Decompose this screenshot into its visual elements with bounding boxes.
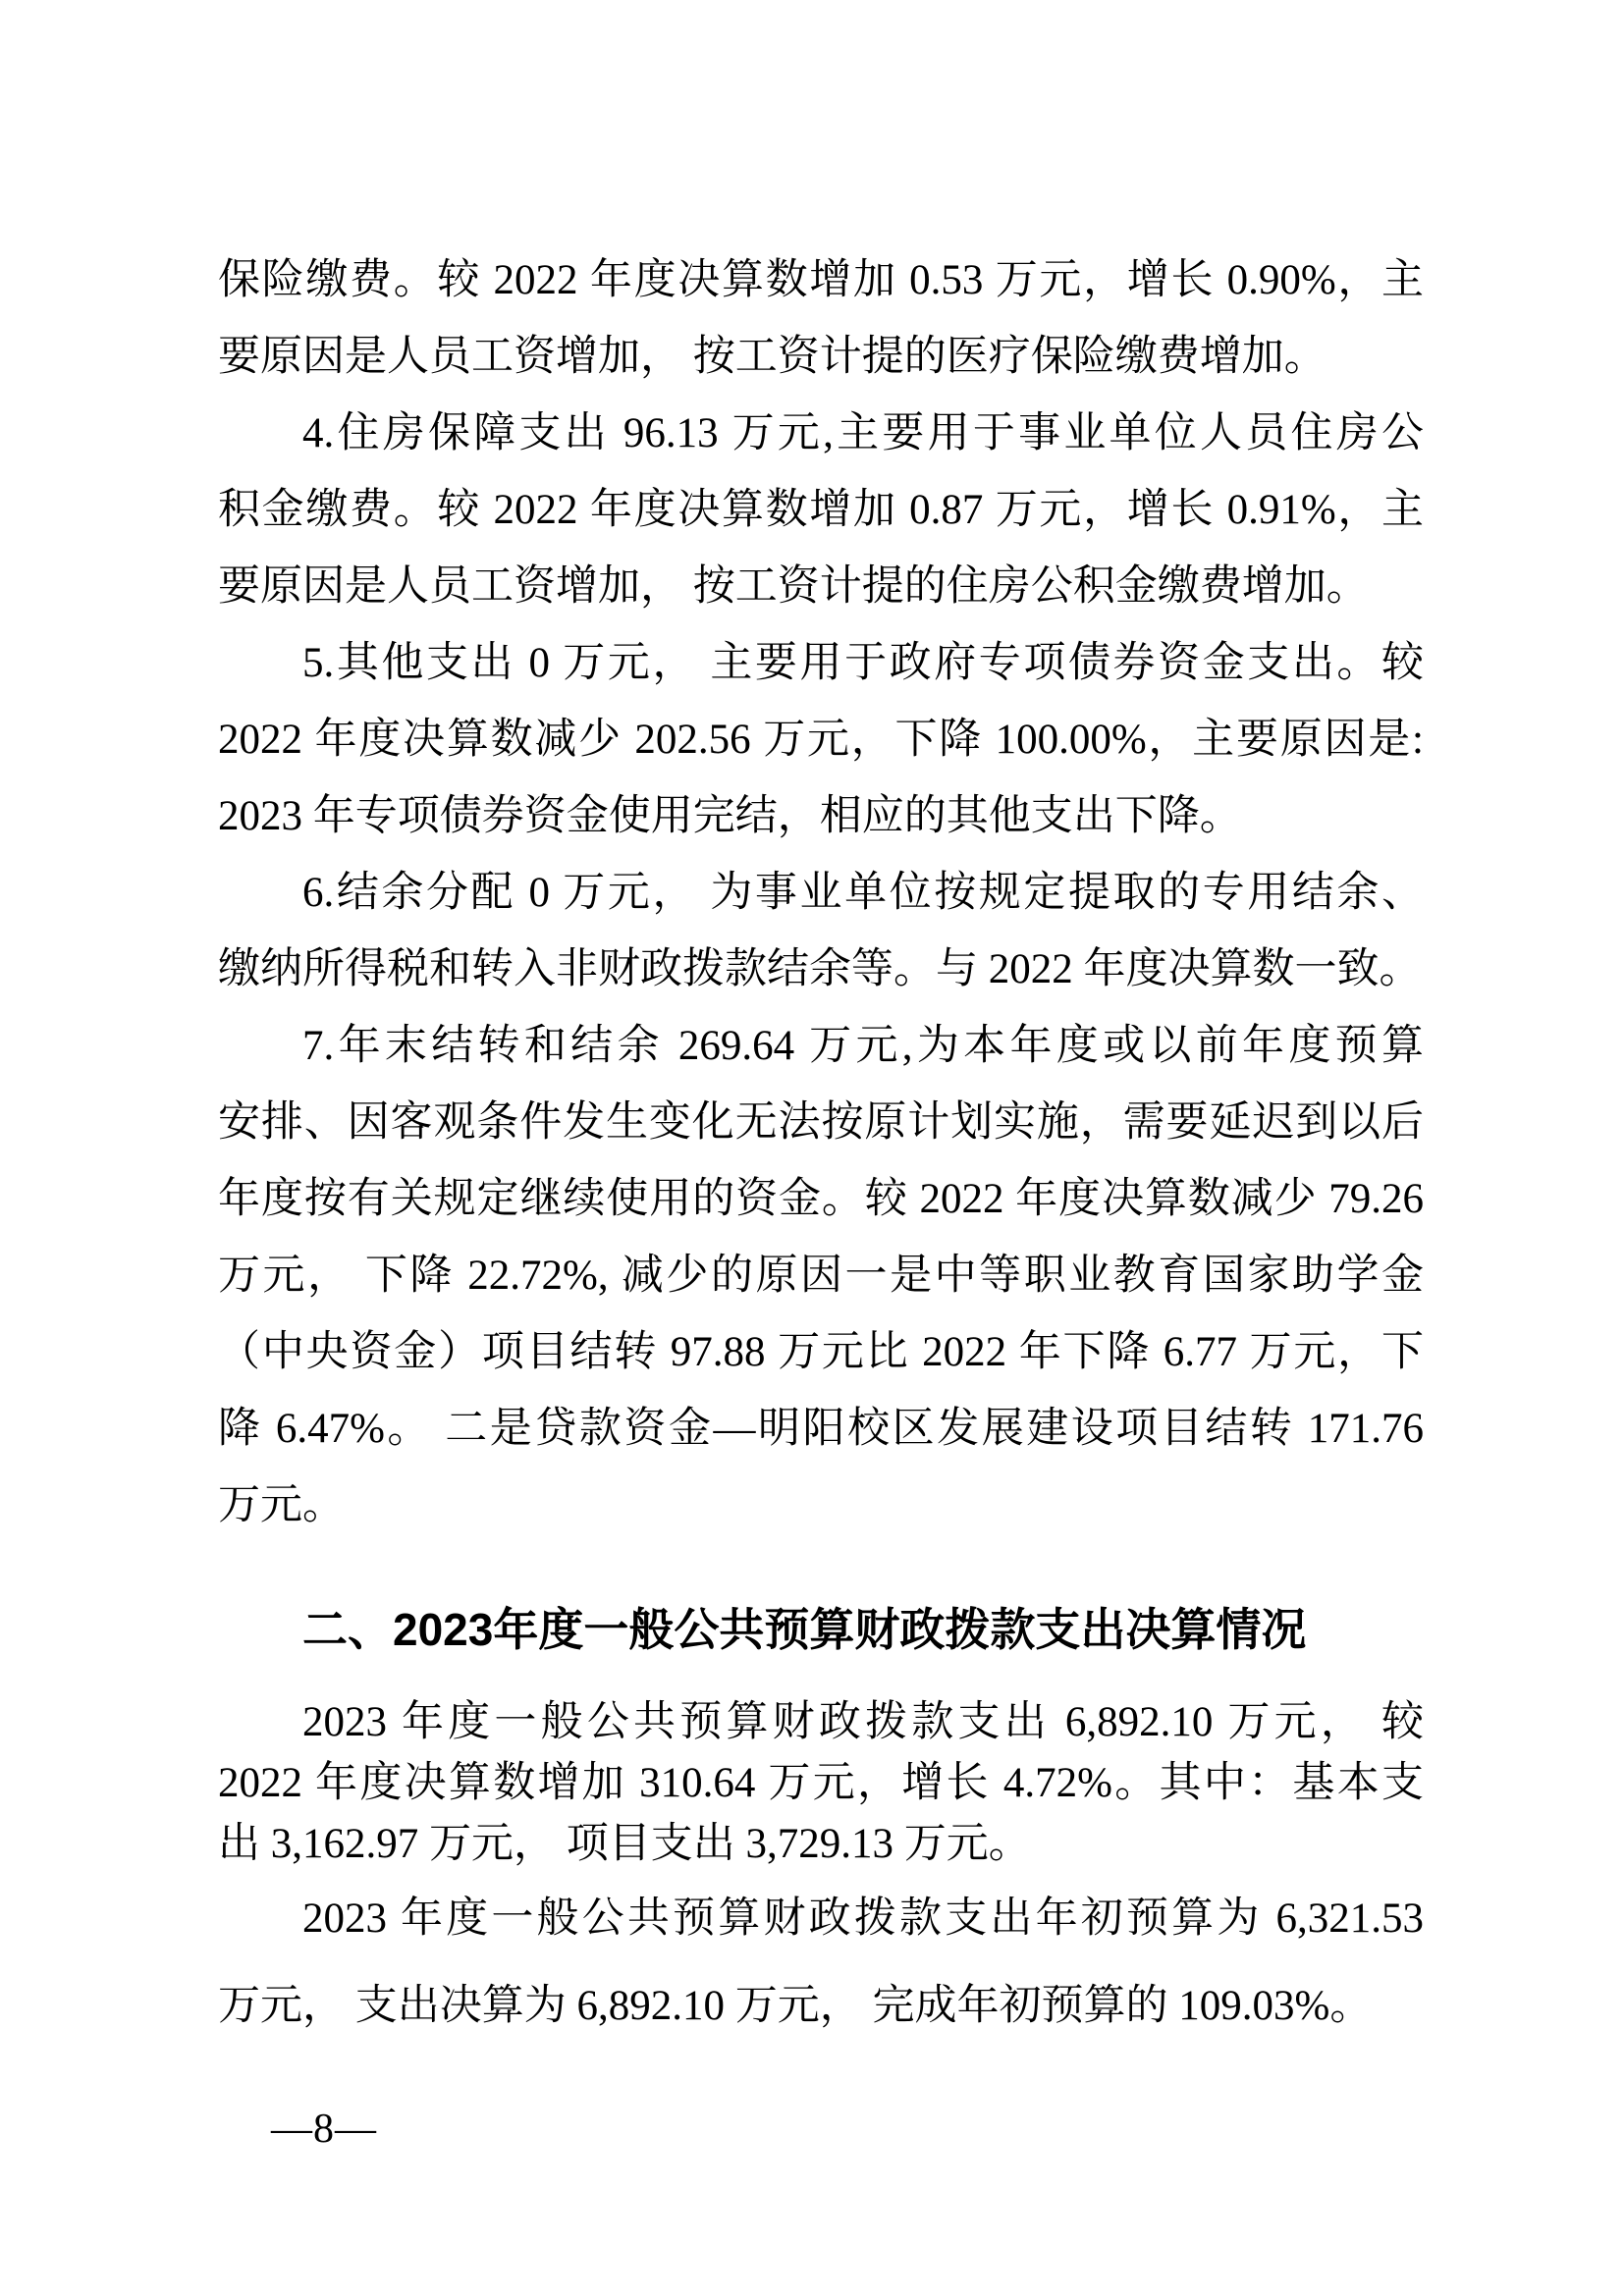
- document-page: 保险缴费。较 2022 年度决算数增加 0.53 万元，增长 0.90%，主要原…: [0, 0, 1624, 2296]
- text-line: 缴纳所得税和转入非财政拨款结余等。与 2022 年度决算数一致。: [218, 932, 1424, 1008]
- text-line: 降 6.47%。 二是贷款资金—明阳校区发展建设项目结转 171.76: [218, 1391, 1424, 1468]
- text-line: 5.其他支出 0 万元， 主要用于政府专项债券资金支出。较: [218, 625, 1424, 702]
- text-line: 2023 年专项债券资金使用完结，相应的其他支出下降。: [218, 778, 1424, 855]
- text-line: 积金缴费。较 2022 年度决算数增加 0.87 万元，增长 0.91%，主: [218, 472, 1424, 549]
- page-number: —8—: [271, 2106, 377, 2153]
- text-line: 年度按有关规定继续使用的资金。较 2022 年度决算数减少 79.26: [218, 1161, 1424, 1238]
- section-heading: 二、2023年度一般公共预算财政拨款支出决算情况: [218, 1598, 1424, 1661]
- text-line: 万元， 支出决算为 6,892.10 万元， 完成年初预算的 109.03%。: [218, 1962, 1424, 2050]
- text-line: 保险缴费。较 2022 年度决算数增加 0.53 万元，增长 0.90%，主: [218, 242, 1424, 319]
- text-line: 2022 年度决算数增加 310.64 万元，增长 4.72%。其中：基本支: [218, 1753, 1424, 1814]
- text-line: 2022 年度决算数减少 202.56 万元，下降 100.00%，主要原因是:: [218, 702, 1424, 778]
- text-line: 万元。: [218, 1468, 1424, 1544]
- text-line: 2023 年度一般公共预算财政拨款支出 6,892.10 万元， 较: [218, 1692, 1424, 1753]
- text-line: 出 3,162.97 万元， 项目支出 3,729.13 万元。: [218, 1814, 1424, 1875]
- text-line: 6.结余分配 0 万元， 为事业单位按规定提取的专用结余、: [218, 855, 1424, 932]
- text-line: 要原因是人员工资增加， 按工资计提的医疗保险缴费增加。: [218, 319, 1424, 396]
- text-line: 4.住房保障支出 96.13 万元,主要用于事业单位人员住房公: [218, 396, 1424, 472]
- text-line: 安排、因客观条件发生变化无法按原计划实施，需要延迟到以后: [218, 1085, 1424, 1161]
- text-line: 7.年末结转和结余 269.64 万元,为本年度或以前年度预算: [218, 1008, 1424, 1085]
- document-body: 保险缴费。较 2022 年度决算数增加 0.53 万元，增长 0.90%，主要原…: [218, 242, 1424, 2050]
- text-line: 万元， 下降 22.72%, 减少的原因一是中等职业教育国家助学金: [218, 1238, 1424, 1314]
- text-line: 要原因是人员工资增加， 按工资计提的住房公积金缴费增加。: [218, 549, 1424, 625]
- text-line: （中央资金）项目结转 97.88 万元比 2022 年下降 6.77 万元，下: [218, 1314, 1424, 1391]
- text-line: 2023 年度一般公共预算财政拨款支出年初预算为 6,321.53: [218, 1875, 1424, 1962]
